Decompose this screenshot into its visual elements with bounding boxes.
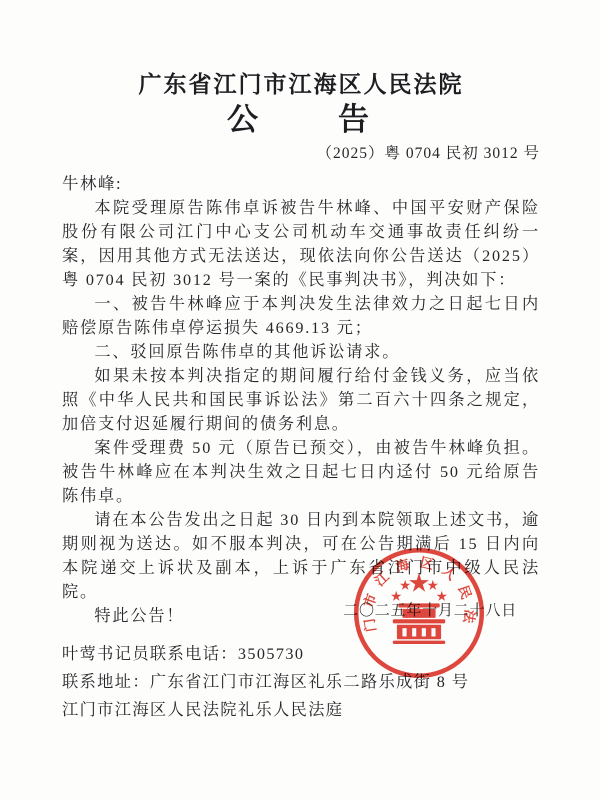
national-emblem-icon — [391, 573, 447, 644]
court-seal: 江门市江海区人民法院 — [350, 544, 488, 682]
body-paragraph: 案件受理费 50 元（原告已预交），由被告牛林峰负担。被告牛林峰应在本判决生效之… — [62, 436, 540, 508]
case-number: （2025）粤 0704 民初 3012 号 — [62, 143, 540, 165]
court-name-title: 广东省江门市江海区人民法院 — [62, 70, 540, 100]
court-division-line: 江门市江海区人民法院礼乐人民法庭 — [62, 696, 540, 724]
court-notice-document: 广东省江门市江海区人民法院 公 告 （2025）粤 0704 民初 3012 号… — [0, 0, 600, 800]
body-paragraph: 如果未按本判决指定的期间履行给付金钱义务，应当依照《中华人民共和国民事诉讼法》第… — [62, 364, 540, 436]
body-paragraph: 二、驳回原告陈伟卓的其他诉讼请求。 — [62, 340, 540, 364]
notice-title: 公 告 — [62, 101, 540, 139]
body-paragraph: 本院受理原告陈伟卓诉被告牛林峰、中国平安财产保险股份有限公司江门中心支公司机动车… — [62, 196, 540, 292]
addressee-name: 牛林峰: — [62, 172, 540, 196]
body-paragraph: 一、被告牛林峰应于本判决发生法律效力之日起七日内赔偿原告陈伟卓停运损失 4669… — [62, 292, 540, 340]
